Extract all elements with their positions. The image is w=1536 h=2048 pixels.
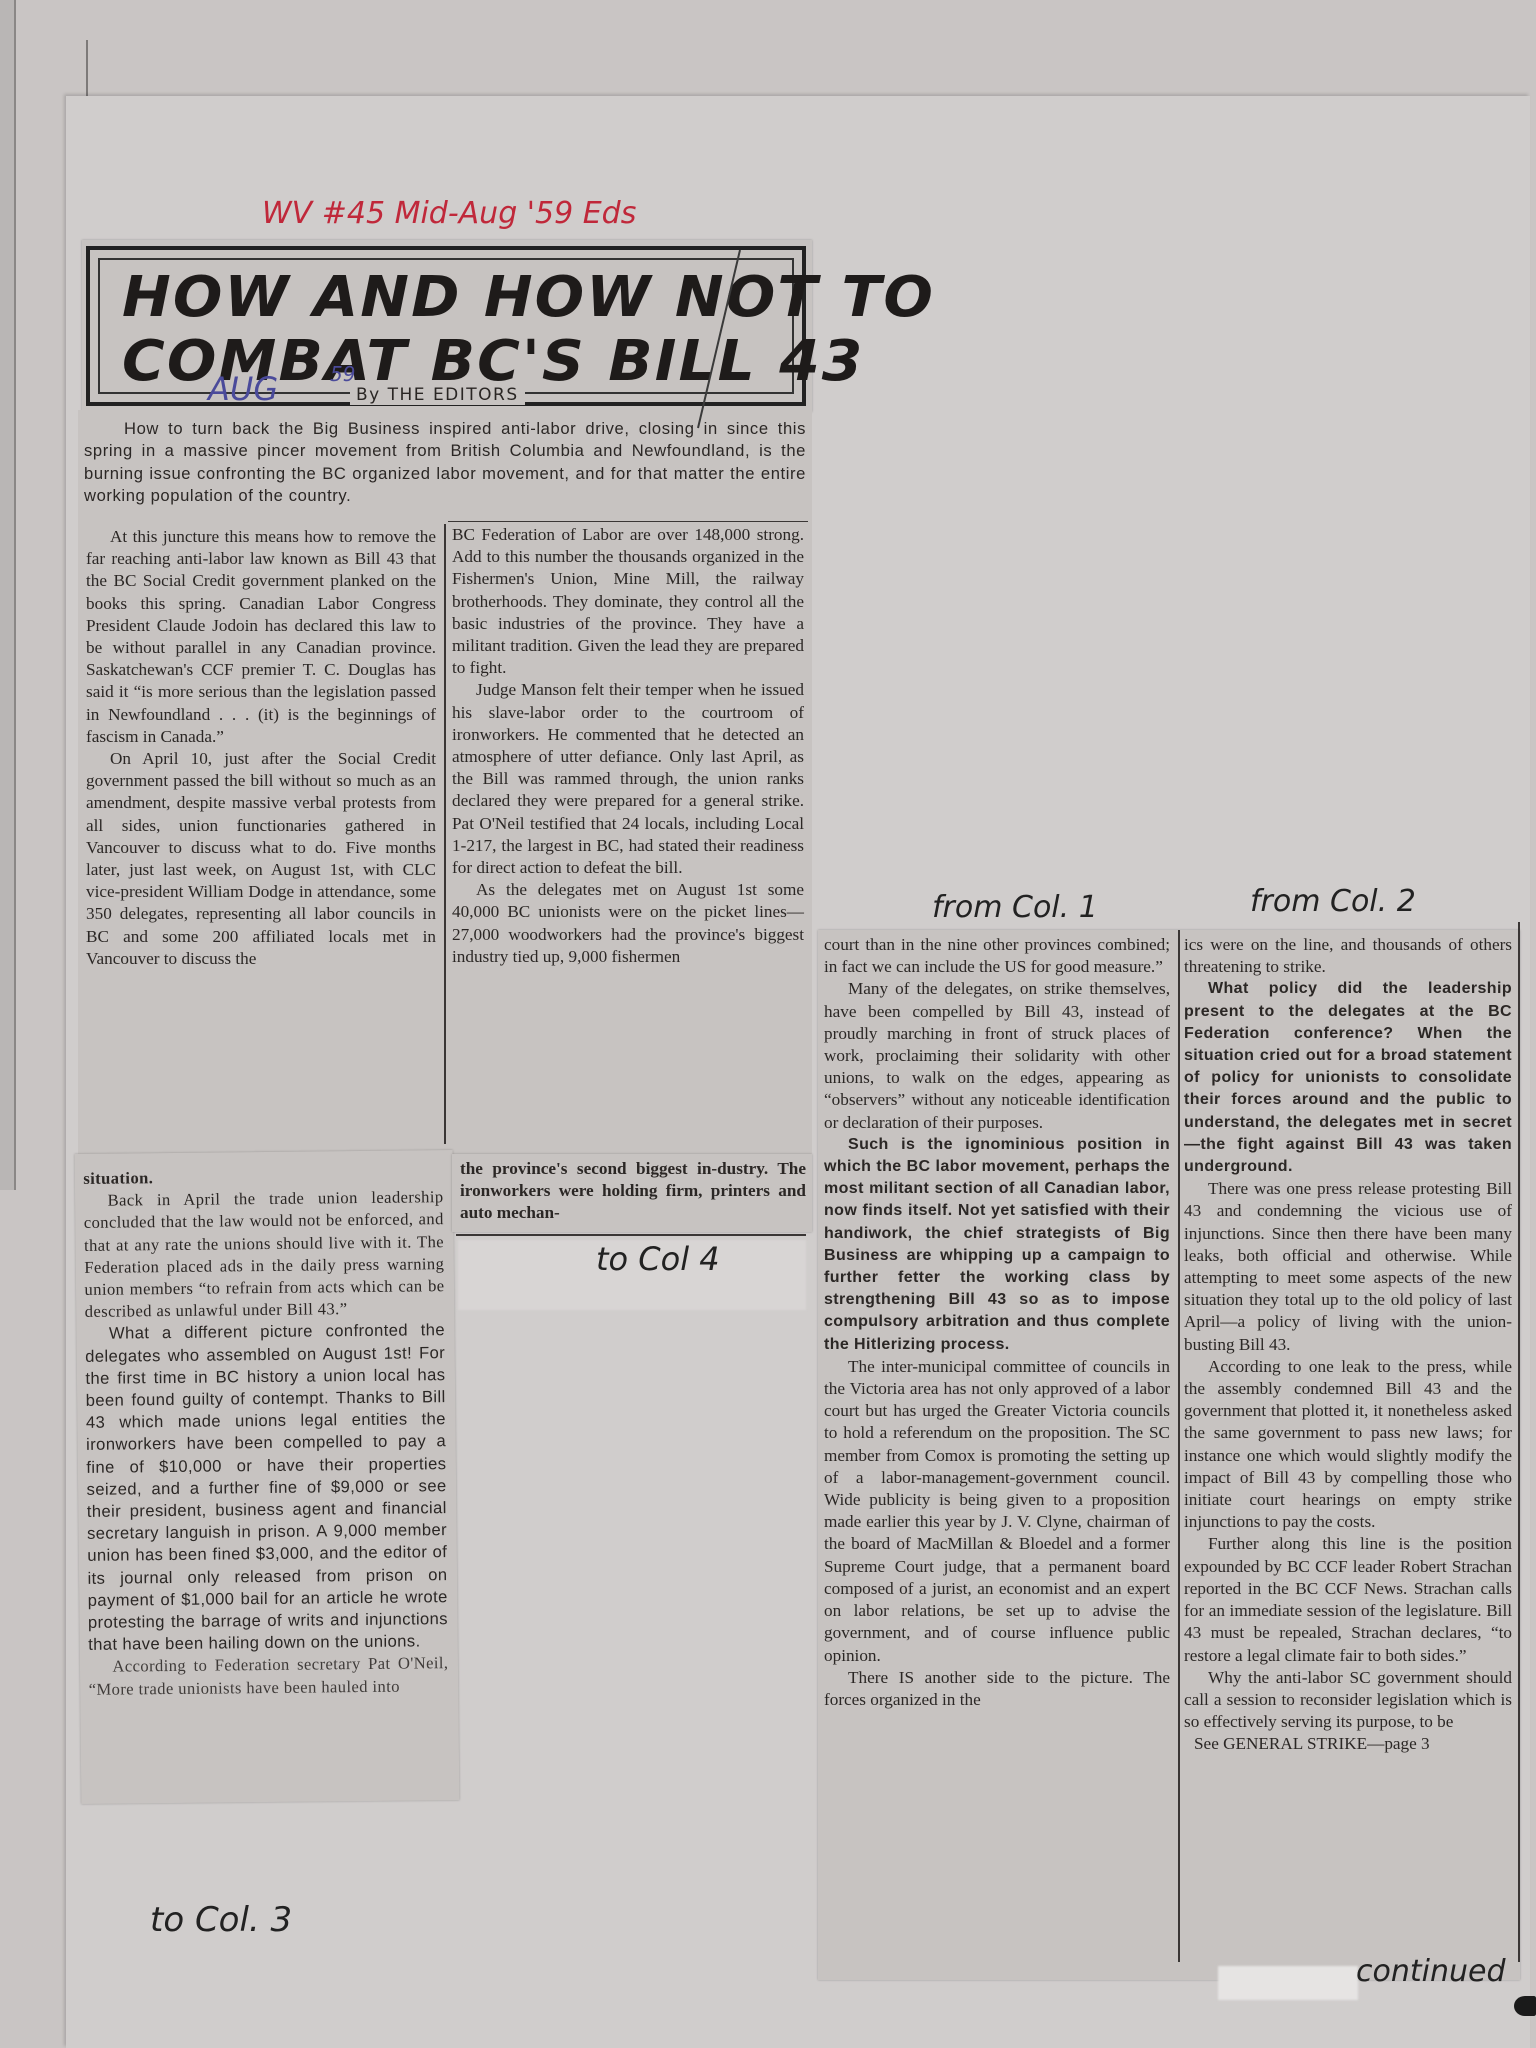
tape-residue bbox=[1218, 1966, 1358, 2000]
paragraph: Why the anti-labor SC government should … bbox=[1184, 1667, 1512, 1734]
pen-slash-mark bbox=[690, 250, 750, 430]
paragraph: Many of the delegates, on strike themsel… bbox=[824, 978, 1170, 1133]
column-2-top: BC Federation of Labor are over 148,000 … bbox=[452, 524, 804, 968]
paragraph: According to Federation secretary Pat O'… bbox=[88, 1653, 448, 1701]
paragraph: ics were on the line, and thousands of o… bbox=[1184, 934, 1512, 978]
jump-line: See GENERAL STRIKE—page 3 bbox=[1184, 1733, 1512, 1755]
column-divider bbox=[444, 524, 446, 1144]
date-annotation-year: 59 bbox=[330, 362, 355, 386]
page-tab-marker bbox=[1514, 1996, 1536, 2016]
column-4: ics were on the line, and thousands of o… bbox=[1184, 934, 1512, 1756]
paragraph: court than in the nine other provinces c… bbox=[824, 934, 1170, 978]
paragraph: There was one press release protesting B… bbox=[1184, 1178, 1512, 1356]
from-col-1-annotation: from Col. 1 bbox=[932, 890, 1098, 925]
column-2-bottom: the province's second biggest in-dustry.… bbox=[460, 1158, 806, 1225]
paragraph: At this juncture this means how to remov… bbox=[86, 526, 436, 748]
column-3: court than in the nine other provinces c… bbox=[824, 934, 1170, 1711]
paragraph: Further along this line is the position … bbox=[1184, 1533, 1512, 1666]
background-line bbox=[86, 40, 88, 100]
from-col-2-annotation: from Col. 2 bbox=[1250, 884, 1416, 919]
paragraph: Judge Manson felt their temper when he i… bbox=[452, 679, 804, 879]
byline: By THE EDITORS bbox=[350, 385, 525, 405]
paragraph: There IS another side to the picture. Th… bbox=[824, 1667, 1170, 1711]
paragraph: BC Federation of Labor are over 148,000 … bbox=[452, 524, 804, 679]
paragraph-bold: Such is the ignominious position in whic… bbox=[824, 1134, 1170, 1356]
date-annotation-month: AUG bbox=[208, 370, 278, 408]
to-col-3-annotation: to Col. 3 bbox=[150, 1900, 292, 1940]
column-right-edge bbox=[1518, 922, 1520, 1962]
to-col-4-annotation: to Col 4 bbox=[596, 1240, 720, 1278]
paragraph: On April 10, just after the Social Credi… bbox=[86, 748, 436, 970]
column-2-end-rule bbox=[456, 1234, 806, 1236]
paragraph: What a different picture confronted the … bbox=[85, 1320, 448, 1657]
paragraph: the province's second biggest in-dustry.… bbox=[460, 1158, 806, 1225]
intro-text: How to turn back the Big Business inspir… bbox=[84, 418, 806, 508]
archive-annotation: WV #45 Mid-Aug '59 Eds bbox=[262, 196, 636, 231]
column-divider bbox=[1178, 930, 1180, 1962]
continued-annotation: continued bbox=[1356, 1954, 1506, 1989]
column-1-bottom: situation. Back in April the trade union… bbox=[83, 1164, 449, 1701]
background-page-edge bbox=[0, 0, 16, 1190]
paragraph: The inter-municipal committee of council… bbox=[824, 1356, 1170, 1667]
column-1-top: At this juncture this means how to remov… bbox=[86, 526, 436, 970]
intro-paragraph: How to turn back the Big Business inspir… bbox=[84, 418, 806, 508]
column-rule-top bbox=[448, 521, 808, 522]
paragraph: According to one leak to the press, whil… bbox=[1184, 1356, 1512, 1534]
paragraph-bold: What policy did the leadership present t… bbox=[1184, 978, 1512, 1178]
paragraph: Back in April the trade union leadership… bbox=[83, 1186, 444, 1323]
headline-line-1: HOW AND HOW NOT TO bbox=[122, 270, 935, 326]
paragraph: As the delegates met on August 1st some … bbox=[452, 879, 804, 968]
